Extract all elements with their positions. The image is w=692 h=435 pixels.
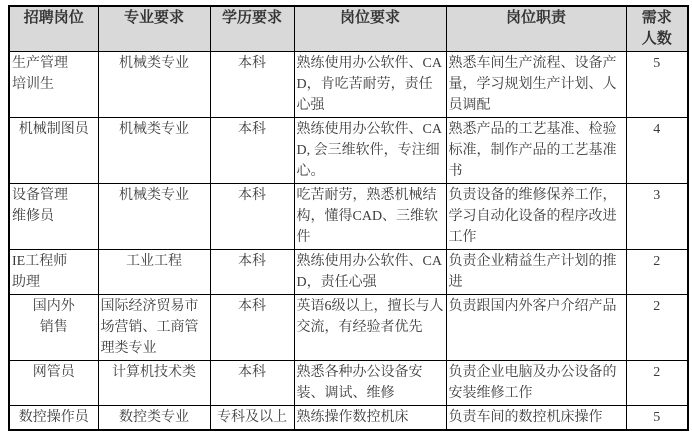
table-header: 招聘岗位专业要求学历要求岗位要求岗位职责需求 人数 xyxy=(9,6,688,52)
table-row: 机械制图员机械类专业本科熟练使用办公软件、CAD, 会三维软件，专注细心。熟悉产… xyxy=(9,118,688,184)
cell-headcount: 2 xyxy=(626,295,688,361)
header-row: 招聘岗位专业要求学历要求岗位要求岗位职责需求 人数 xyxy=(9,6,688,52)
cell-headcount: 3 xyxy=(626,184,688,250)
cell-position: 生产管理 培训生 xyxy=(9,52,98,118)
cell-duties: 负责车间的数控机床操作 xyxy=(446,406,626,431)
cell-major: 数控类专业 xyxy=(98,406,210,431)
cell-duties: 负责企业电脑及办公设备的安装维修工作 xyxy=(446,361,626,406)
table-row: IE工程师 助理工业工程本科熟练使用办公软件、CAD，责任心强负责企业精益生产计… xyxy=(9,250,688,295)
cell-major: 工业工程 xyxy=(98,250,210,295)
column-header-headcount: 需求 人数 xyxy=(626,6,688,52)
cell-requirements: 熟悉各种办公设备安装、调试、维修 xyxy=(294,361,446,406)
cell-major: 机械类专业 xyxy=(98,52,210,118)
cell-position: 国内外 销售 xyxy=(9,295,98,361)
cell-education: 专科及以上 xyxy=(210,406,294,431)
cell-headcount: 5 xyxy=(626,52,688,118)
table-row: 国内外 销售国际经济贸易市场营销、工商管理类专业本科英语6级以上，擅长与人交流，… xyxy=(9,295,688,361)
column-header-education: 学历要求 xyxy=(210,6,294,52)
cell-duties: 负责设备的维修保养工作，学习自动化设备的程序改进工作 xyxy=(446,184,626,250)
cell-education: 本科 xyxy=(210,52,294,118)
cell-duties: 负责跟国内外客户介绍产品 xyxy=(446,295,626,361)
cell-education: 本科 xyxy=(210,295,294,361)
table-row: 生产管理 培训生机械类专业本科熟练使用办公软件、CAD，肯吃苦耐劳，责任心强熟悉… xyxy=(9,52,688,118)
cell-education: 本科 xyxy=(210,250,294,295)
cell-headcount: 2 xyxy=(626,361,688,406)
cell-requirements: 熟练使用办公软件、CAD, 会三维软件，专注细心。 xyxy=(294,118,446,184)
column-header-duties: 岗位职责 xyxy=(446,6,626,52)
cell-major: 国际经济贸易市场营销、工商管理类专业 xyxy=(98,295,210,361)
table-body: 生产管理 培训生机械类专业本科熟练使用办公软件、CAD，肯吃苦耐劳，责任心强熟悉… xyxy=(9,52,688,431)
recruitment-table-container: 招聘岗位专业要求学历要求岗位要求岗位职责需求 人数 生产管理 培训生机械类专业本… xyxy=(8,5,689,431)
cell-requirements: 熟练使用办公软件、CAD，责任心强 xyxy=(294,250,446,295)
table-row: 网管员计算机技术类本科熟悉各种办公设备安装、调试、维修负责企业电脑及办公设备的安… xyxy=(9,361,688,406)
cell-position: 设备管理 维修员 xyxy=(9,184,98,250)
cell-position: 网管员 xyxy=(9,361,98,406)
cell-duties: 负责企业精益生产计划的推进 xyxy=(446,250,626,295)
cell-major: 计算机技术类 xyxy=(98,361,210,406)
column-header-requirements: 岗位要求 xyxy=(294,6,446,52)
cell-position: 数控操作员 xyxy=(9,406,98,431)
cell-major: 机械类专业 xyxy=(98,184,210,250)
cell-education: 本科 xyxy=(210,184,294,250)
cell-position: IE工程师 助理 xyxy=(9,250,98,295)
cell-requirements: 熟练操作数控机床 xyxy=(294,406,446,431)
cell-major: 机械类专业 xyxy=(98,118,210,184)
cell-position: 机械制图员 xyxy=(9,118,98,184)
cell-duties: 熟悉车间生产流程、设备产量，学习规划生产计划、人员调配 xyxy=(446,52,626,118)
cell-education: 本科 xyxy=(210,118,294,184)
cell-duties: 熟悉产品的工艺基准、检验标准，制作产品的工艺基准书 xyxy=(446,118,626,184)
column-header-major: 专业要求 xyxy=(98,6,210,52)
cell-headcount: 4 xyxy=(626,118,688,184)
table-row: 设备管理 维修员机械类专业本科吃苦耐劳，熟悉机械结构，懂得CAD、三维软件负责设… xyxy=(9,184,688,250)
cell-requirements: 熟练使用办公软件、CAD，肯吃苦耐劳，责任心强 xyxy=(294,52,446,118)
table-row: 数控操作员数控类专业专科及以上熟练操作数控机床负责车间的数控机床操作5 xyxy=(9,406,688,431)
column-header-position: 招聘岗位 xyxy=(9,6,98,52)
cell-headcount: 2 xyxy=(626,250,688,295)
cell-education: 本科 xyxy=(210,361,294,406)
cell-requirements: 吃苦耐劳，熟悉机械结构，懂得CAD、三维软件 xyxy=(294,184,446,250)
recruitment-table: 招聘岗位专业要求学历要求岗位要求岗位职责需求 人数 生产管理 培训生机械类专业本… xyxy=(8,5,689,431)
cell-headcount: 5 xyxy=(626,406,688,431)
cell-requirements: 英语6级以上，擅长与人交流，有经验者优先 xyxy=(294,295,446,361)
